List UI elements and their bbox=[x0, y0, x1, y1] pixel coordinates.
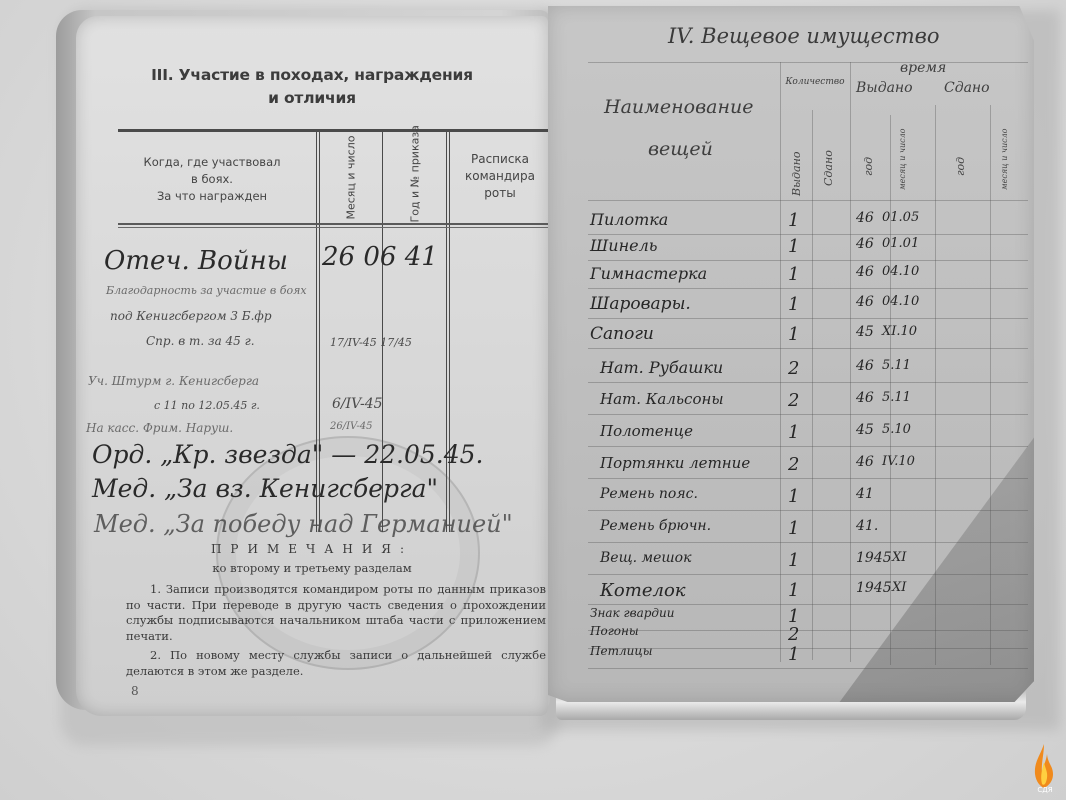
item-issued-date: XI bbox=[892, 580, 906, 595]
section-title-line1: III. Участие в походах, награждения bbox=[76, 64, 548, 87]
flame-logo-icon bbox=[1030, 742, 1058, 790]
item-name: Шинель bbox=[590, 236, 657, 255]
item-issued-date: 01.01 bbox=[882, 236, 919, 251]
notes-body: 1. Записи производятся командиром роты п… bbox=[126, 582, 546, 679]
header-line: Расписка bbox=[450, 151, 550, 168]
column-header-when-where: Когда, где участвовал в боях. За что наг… bbox=[112, 154, 312, 205]
grid-line bbox=[588, 348, 1028, 349]
entry-text: с 11 по 12.05.45 г. bbox=[154, 399, 260, 412]
grid-line bbox=[990, 105, 991, 665]
item-name: Портянки летние bbox=[600, 454, 750, 472]
column-header-year-order: Год и № приказа bbox=[409, 133, 422, 223]
column-header-month-day: Месяц и число bbox=[345, 133, 358, 223]
item-name: Нат. Рубашки bbox=[600, 358, 723, 377]
item-issued-date: IV.10 bbox=[882, 454, 915, 469]
grid-line bbox=[588, 446, 1028, 447]
award-entry: Орд. „Кр. звезда" — 22.05.45. bbox=[92, 440, 483, 469]
section-title-line2: и отличия bbox=[76, 87, 548, 110]
award-entry: Мед. „За вз. Кенигсберга" bbox=[92, 474, 438, 503]
item-name: Знак гвардии bbox=[590, 606, 674, 620]
item-issued-date: 04.10 bbox=[882, 264, 919, 279]
header-returned: Сдано bbox=[944, 80, 990, 96]
section-title: III. Участие в походах, награждения и от… bbox=[76, 64, 548, 110]
grid-line bbox=[850, 62, 851, 662]
grid-line bbox=[588, 260, 1028, 261]
grid-line bbox=[588, 574, 1028, 575]
item-name: Пилотка bbox=[590, 210, 668, 229]
item-name: Гимнастерка bbox=[590, 264, 707, 283]
grid-line bbox=[588, 510, 1028, 511]
table-header-rule bbox=[118, 223, 548, 225]
item-issued-date: XI.10 bbox=[882, 324, 917, 339]
grid-line bbox=[588, 478, 1028, 479]
header-returned-date: месяц и число bbox=[1000, 129, 1009, 190]
item-quantity: 1 bbox=[788, 294, 799, 315]
header-line: командира bbox=[450, 168, 550, 185]
grid-line bbox=[935, 105, 936, 665]
header-qty-issued: Выдано bbox=[790, 152, 803, 196]
header-quantity: Количество bbox=[782, 72, 848, 92]
header-name-line1: Наименование bbox=[604, 96, 753, 118]
item-issued-year: 45 bbox=[856, 324, 874, 340]
entry-text: Уч. Штурм г. Кенигсберга bbox=[88, 374, 259, 388]
grid-line bbox=[588, 62, 1028, 63]
table-header-rule-secondary bbox=[118, 227, 548, 228]
grid-line bbox=[588, 648, 1028, 649]
header-issued-year: год bbox=[862, 157, 875, 176]
item-name: Петлицы bbox=[590, 644, 652, 658]
item-issued-year: 46 bbox=[856, 236, 874, 252]
column-header-signature: Расписка командира роты bbox=[450, 151, 550, 202]
header-line: в боях. bbox=[112, 171, 312, 188]
header-line: Когда, где участвовал bbox=[112, 154, 312, 171]
grid-line bbox=[588, 414, 1028, 415]
item-issued-date: 01.05 bbox=[882, 210, 919, 225]
item-quantity: 1 bbox=[788, 324, 799, 345]
item-issued-year: 46 bbox=[856, 294, 874, 310]
entry-text: Отеч. Войны bbox=[104, 246, 288, 276]
item-name: Шаровары. bbox=[590, 294, 691, 314]
column-divider bbox=[446, 132, 447, 532]
item-quantity: 1 bbox=[788, 264, 799, 285]
note-2: 2. По новому месту службы записи о дальн… bbox=[126, 648, 546, 679]
section-title-right: IV. Вещевое имущество bbox=[668, 24, 940, 48]
logo-label: СДЯ bbox=[1030, 786, 1060, 794]
header-name-line2: вещей bbox=[648, 138, 713, 160]
item-issued-date: 04.10 bbox=[882, 294, 919, 309]
header-line: роты bbox=[450, 185, 550, 202]
entry-date: 26 06 41 bbox=[322, 242, 438, 272]
left-page: III. Участие в походах, награждения и от… bbox=[76, 16, 548, 716]
notes-heading: ПРИМЕЧАНИЯ: bbox=[76, 542, 548, 556]
item-quantity: 1 bbox=[788, 210, 799, 231]
header-qty-returned: Сдано bbox=[822, 150, 835, 186]
item-name: Полотенце bbox=[600, 422, 693, 440]
item-quantity: 2 bbox=[788, 390, 799, 411]
item-issued-year: 41 bbox=[856, 486, 874, 502]
item-issued-date: 5.11 bbox=[882, 358, 911, 373]
item-issued-date: XI bbox=[892, 550, 906, 565]
item-name: Котелок bbox=[600, 580, 686, 601]
header-issued-date: месяц и число bbox=[898, 129, 907, 190]
entry-date: 6/IV-45 bbox=[332, 396, 383, 412]
grid-line bbox=[588, 318, 1028, 319]
entry-text: Благодарность за участие в боях bbox=[106, 284, 307, 297]
item-name: Ремень пояс. bbox=[600, 486, 698, 502]
item-issued-year: 46 bbox=[856, 454, 874, 470]
item-quantity: 2 bbox=[788, 358, 799, 379]
item-issued-year: 41. bbox=[856, 518, 878, 534]
grid-line bbox=[812, 110, 813, 660]
item-quantity: 2 bbox=[788, 624, 799, 645]
header-time: время bbox=[900, 60, 946, 76]
notes-subheading: ко второму и третьему разделам bbox=[76, 561, 548, 575]
grid-line bbox=[588, 668, 1028, 669]
item-name: Сапоги bbox=[590, 324, 654, 344]
item-quantity: 2 bbox=[788, 454, 799, 475]
entry-text: Спр. в т. за 45 г. bbox=[146, 334, 255, 348]
item-issued-year: 1945 bbox=[856, 580, 892, 596]
item-issued-year: 1945 bbox=[856, 550, 892, 566]
item-issued-date: 5.10 bbox=[882, 422, 911, 437]
grid-line bbox=[588, 630, 1028, 631]
grid-line bbox=[588, 604, 1028, 605]
header-returned-year: год bbox=[954, 157, 967, 176]
item-issued-date: 5.11 bbox=[882, 390, 911, 405]
page-number: 8 bbox=[131, 684, 139, 698]
grid-line bbox=[780, 62, 781, 662]
item-name: Погоны bbox=[590, 624, 639, 638]
item-issued-year: 46 bbox=[856, 358, 874, 374]
item-quantity: 1 bbox=[788, 644, 799, 665]
item-name: Ремень брючн. bbox=[600, 518, 711, 534]
item-quantity: 1 bbox=[788, 236, 799, 257]
grid-line bbox=[588, 200, 1028, 201]
item-name: Нат. Кальсоны bbox=[600, 390, 724, 408]
table-top-rule bbox=[118, 129, 548, 132]
item-issued-year: 46 bbox=[856, 390, 874, 406]
grid-line bbox=[588, 234, 1028, 235]
grid-line bbox=[588, 542, 1028, 543]
item-issued-year: 45 bbox=[856, 422, 874, 438]
item-quantity: 1 bbox=[788, 422, 799, 443]
grid-line bbox=[588, 382, 1028, 383]
item-quantity: 1 bbox=[788, 486, 799, 507]
header-issued: Выдано bbox=[856, 80, 913, 96]
grid-line bbox=[588, 288, 1028, 289]
item-issued-year: 46 bbox=[856, 264, 874, 280]
entry-text: На касс. Фрим. Наруш. bbox=[86, 421, 233, 435]
note-1: 1. Записи производятся командиром роты п… bbox=[126, 582, 546, 644]
item-issued-year: 46 bbox=[856, 210, 874, 226]
entry-date: 17/IV-45 17/45 bbox=[330, 336, 412, 349]
entry-text: под Кенигсбергом 3 Б.фр bbox=[110, 309, 272, 323]
header-line: За что награжден bbox=[112, 188, 312, 205]
item-quantity: 1 bbox=[788, 518, 799, 539]
award-entry: Мед. „За победу над Германией" bbox=[94, 510, 513, 538]
item-name: Вещ. мешок bbox=[600, 550, 691, 566]
item-quantity: 1 bbox=[788, 580, 799, 601]
item-quantity: 1 bbox=[788, 550, 799, 571]
entry-date: 26/IV-45 bbox=[330, 421, 372, 432]
